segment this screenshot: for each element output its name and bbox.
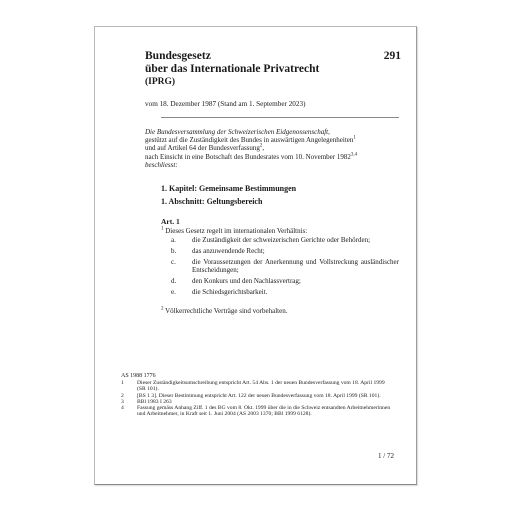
as-reference: AS 1988 1776	[121, 373, 156, 379]
footnote-text: Fassung gemäss Anhang Ziff. 1 des BG vom…	[137, 405, 391, 418]
document-title: Bundesgesetz über das Internationale Pri…	[145, 50, 319, 76]
list-letter: c.	[161, 258, 192, 275]
footnote-number: 1	[121, 380, 137, 393]
chapter-heading: 1. Kapitel: Gemeinsame Bestimmungen	[161, 184, 296, 193]
list-text: die Schiedsgerichtsbarkeit.	[192, 288, 399, 296]
list-letter: e.	[161, 288, 192, 296]
preamble-text: gestützt auf die Zuständigkeit des Bunde…	[145, 136, 353, 144]
footnote: 4Fassung gemäss Anhang Ziff. 1 des BG vo…	[121, 405, 391, 418]
list-item: c.die Voraussetzungen der Anerkennung un…	[161, 258, 399, 275]
article-heading: Art. 1	[161, 217, 180, 226]
document-page: 291 Bundesgesetz über das Internationale…	[94, 26, 417, 485]
paragraph-2: 2 Völkerrechtliche Verträge sind vorbeha…	[161, 307, 287, 316]
preamble-text: nach Einsicht in eine Botschaft des Bund…	[145, 153, 351, 161]
sr-number: 291	[384, 50, 401, 62]
footnote-number: 4	[121, 405, 137, 418]
preamble-line-5: beschliesst:	[145, 161, 357, 169]
list-item: a.die Zuständigkeit der schweizerischen …	[161, 236, 399, 244]
footnote-ref[interactable]: 3,4	[351, 152, 357, 157]
paragraph-number: 1	[161, 227, 164, 232]
list-item: b.das anzuwendende Recht;	[161, 247, 399, 255]
footnote-text: Dieser Zuständigkeitsumschreibung entspr…	[137, 380, 391, 393]
paragraph-1: 1 Dieses Gesetz regelt im internationale…	[161, 227, 307, 236]
preamble-line-1: Die Bundesversammlung der Schweizerische…	[145, 128, 357, 136]
title-line-1: Bundesgesetz	[145, 50, 319, 63]
list-letter: d.	[161, 277, 192, 285]
footnotes: 1Dieser Zuständigkeitsumschreibung entsp…	[121, 380, 391, 418]
list-item: d.den Konkurs und den Nachlassvertrag;	[161, 277, 399, 285]
section-heading: 1. Abschnitt: Geltungsbereich	[161, 197, 262, 206]
date-line: vom 18. Dezember 1987 (Stand am 1. Septe…	[145, 100, 305, 108]
preamble-text: und auf Artikel 64 der Bundesverfassung	[145, 144, 260, 152]
list-letter: b.	[161, 247, 192, 255]
page-number: 1 / 72	[378, 452, 394, 460]
preamble-line-4: nach Einsicht in eine Botschaft des Bund…	[145, 153, 357, 161]
title-line-2: über das Internationale Privatrecht	[145, 63, 319, 76]
list-item: e.die Schiedsgerichtsbarkeit.	[161, 288, 399, 296]
list-text: das anzuwendende Recht;	[192, 247, 399, 255]
paragraph-text: Völkerrechtliche Verträge sind vorbehalt…	[165, 307, 287, 315]
paragraph-text: Dieses Gesetz regelt im internationalen …	[165, 227, 307, 235]
list-text: die Voraussetzungen der Anerkennung und …	[192, 258, 399, 275]
list-text: die Zuständigkeit der schweizerischen Ge…	[192, 236, 399, 244]
preamble-line-3: und auf Artikel 64 der Bundesverfassung2…	[145, 144, 357, 152]
footnote: 1Dieser Zuständigkeitsumschreibung entsp…	[121, 380, 391, 393]
header-rule	[161, 117, 399, 118]
article-list: a.die Zuständigkeit der schweizerischen …	[161, 236, 399, 299]
list-letter: a.	[161, 236, 192, 244]
footnote-ref[interactable]: 1	[353, 136, 356, 141]
list-text: den Konkurs und den Nachlassvertrag;	[192, 277, 399, 285]
document-abbreviation: (IPRG)	[145, 77, 175, 87]
preamble: Die Bundesversammlung der Schweizerische…	[145, 128, 357, 169]
paragraph-number: 2	[161, 307, 164, 312]
preamble-punct: ,	[262, 144, 264, 152]
